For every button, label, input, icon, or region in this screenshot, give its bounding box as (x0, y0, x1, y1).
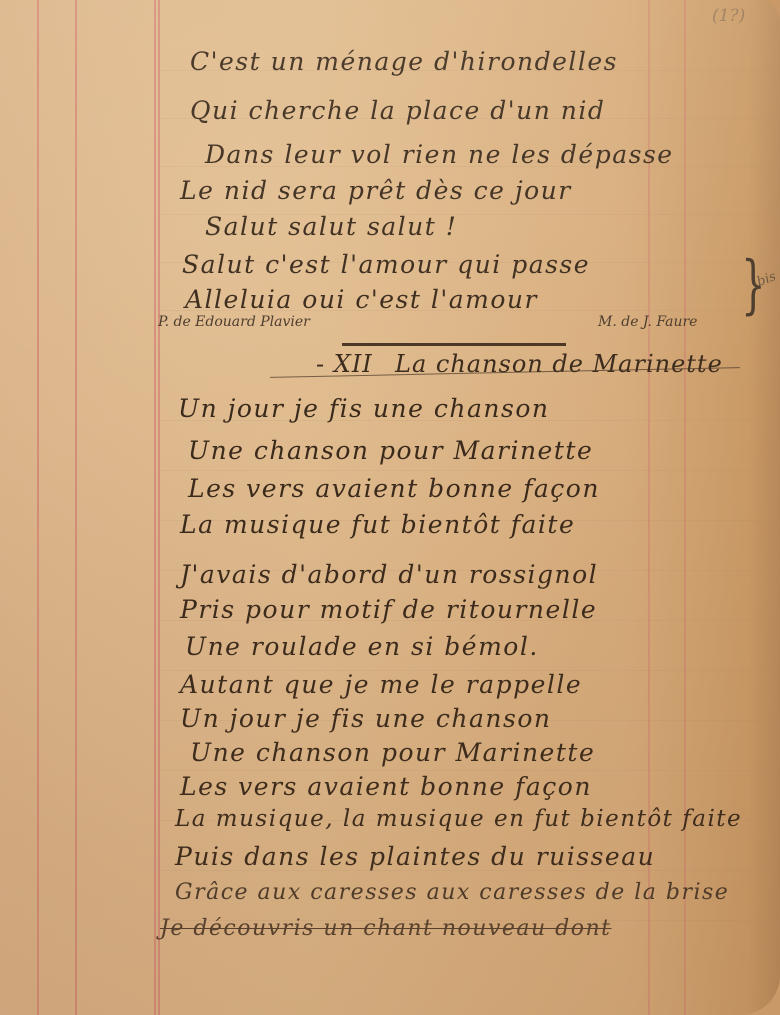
verse-line: C'est un ménage d'hirondelles (190, 47, 618, 76)
verse-line: Les vers avaient bonne façon (188, 474, 600, 503)
verse-line: Un jour je fis une chanson (178, 394, 549, 423)
verse-line: Qui cherche la place d'un nid (190, 96, 605, 125)
margin-rule (154, 0, 156, 1015)
line-rule (160, 470, 780, 471)
verse-line: Un jour je fis une chanson (180, 704, 551, 733)
margin-rule (75, 0, 77, 1015)
section-separator (342, 343, 566, 346)
verse-line: J'avais d'abord d'un rossignol (180, 560, 598, 589)
verse-line: Puis dans les plaintes du ruisseau (175, 842, 655, 871)
verse-line: Une chanson pour Marinette (190, 738, 595, 767)
line-rule (160, 770, 780, 771)
verse-line: Une chanson pour Marinette (188, 436, 593, 465)
verse-line: Une roulade en si bémol. (185, 632, 539, 661)
verse-line: Salut salut salut ! (205, 212, 457, 241)
song-number: - XII (316, 350, 373, 378)
verse-line: Dans leur vol rien ne les dépasse (205, 140, 674, 169)
verse-line: Le nid sera prêt dès ce jour (180, 176, 572, 205)
verse-line: Alleluia oui c'est l'amour (185, 285, 538, 314)
composer-credit: M. de J. Faure (598, 314, 697, 330)
margin-rule (684, 0, 686, 1015)
verse-line: La musique fut bientôt faite (180, 510, 575, 539)
margin-rule (37, 0, 39, 1015)
lyricist-credit: P. de Edouard Plavier (158, 314, 310, 330)
margin-rule (158, 0, 160, 1015)
verse-line: Pris pour motif de ritournelle (180, 595, 597, 624)
verse-line: Autant que je me le rappelle (180, 670, 582, 699)
verse-line: La musique, la musique en fut bientôt fa… (175, 806, 742, 832)
page-number: (1?) (712, 6, 745, 26)
verse-line: Grâce aux caresses aux caresses de la br… (175, 880, 729, 905)
verse-line: Je découvris un chant nouveau dont (160, 916, 612, 941)
verse-line: Salut c'est l'amour qui passe (182, 250, 590, 279)
notebook-page: (1?) C'est un ménage d'hirondelles Qui c… (0, 0, 780, 1015)
verse-line: Les vers avaient bonne façon (180, 772, 592, 801)
